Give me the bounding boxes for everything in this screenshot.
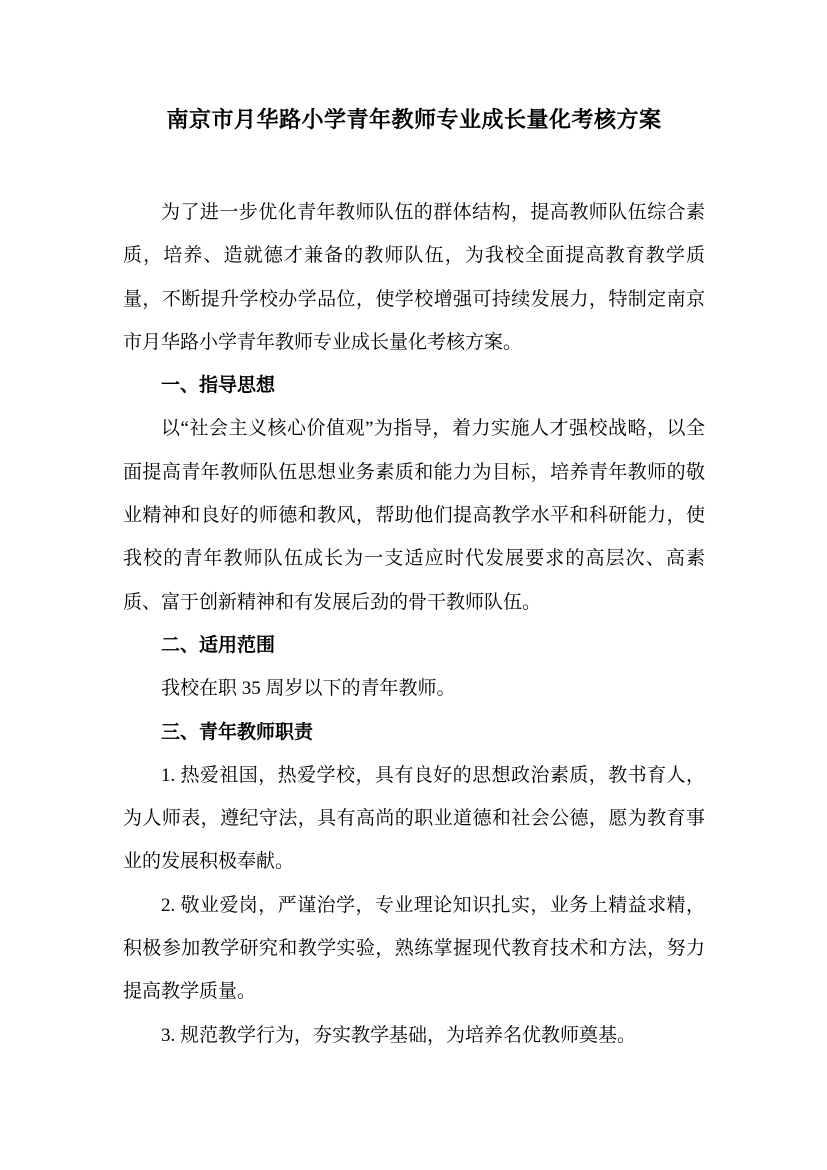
section-heading-guiding-ideology: 一、指导思想 [123, 364, 705, 407]
section-heading-scope: 二、适用范围 [123, 624, 705, 667]
section-heading-teacher-duties: 三、青年教师职责 [123, 711, 705, 754]
intro-paragraph: 为了进一步优化青年教师队伍的群体结构，提高教师队伍综合素质，培养、造就德才兼备的… [123, 191, 705, 364]
duty-item-3: 3. 规范教学行为，夯实教学基础，为培养名优教师奠基。 [123, 1014, 705, 1057]
document-title: 南京市月华路小学青年教师专业成长量化考核方案 [123, 100, 705, 140]
document-content: 南京市月华路小学青年教师专业成长量化考核方案 为了进一步优化青年教师队伍的群体结… [123, 100, 705, 1057]
duty-item-2: 2. 敬业爱岗，严谨治学，专业理论知识扎实，业务上精益求精，积极参加教学研究和教… [123, 884, 705, 1014]
duty-item-1: 1. 热爱祖国，热爱学校，具有良好的思想政治素质，教书育人，为人师表，遵纪守法，… [123, 754, 705, 884]
section-paragraph-guiding-ideology: 以“社会主义核心价值观”为指导，着力实施人才强校战略，以全面提高青年教师队伍思想… [123, 407, 705, 623]
document-page: 南京市月华路小学青年教师专业成长量化考核方案 为了进一步优化青年教师队伍的群体结… [0, 0, 827, 1170]
section-paragraph-scope: 我校在职 35 周岁以下的青年教师。 [123, 667, 705, 710]
